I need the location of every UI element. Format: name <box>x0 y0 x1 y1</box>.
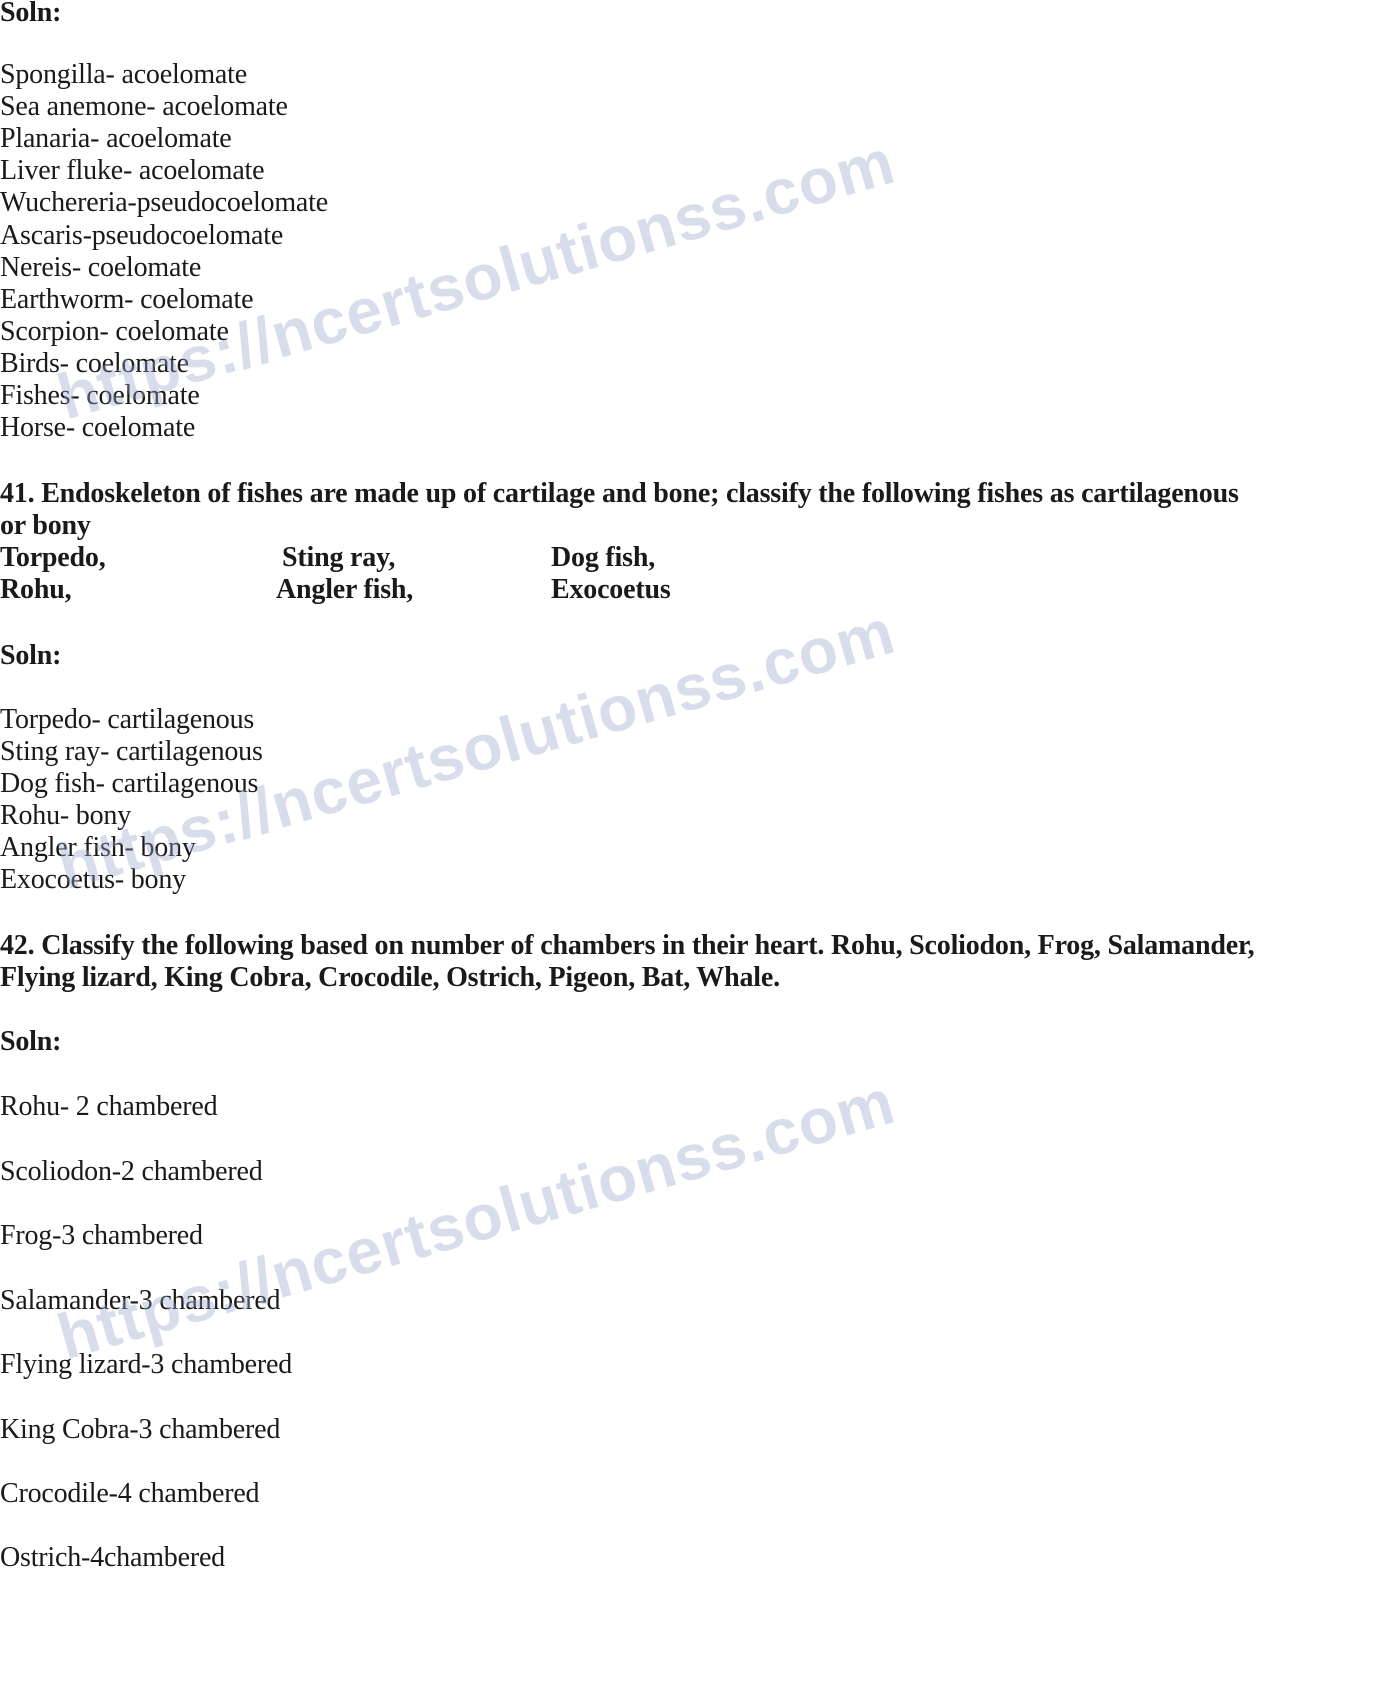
soln-label-41: Soln: <box>0 639 61 673</box>
answer-item: Sting ray- cartilagenous <box>0 735 263 769</box>
answer-item: Horse- coelomate <box>0 411 195 445</box>
answer-item: Dog fish- cartilagenous <box>0 767 258 801</box>
answer-item: Sea anemone- acoelomate <box>0 90 288 124</box>
answer-item: Scoliodon-2 chambered <box>0 1155 263 1189</box>
document-page: Soln: Spongilla- acoelomate Sea anemone-… <box>0 0 1395 1707</box>
option-item: Angler fish, <box>276 573 413 607</box>
answer-item: Crocodile-4 chambered <box>0 1477 259 1511</box>
soln-label-42: Soln: <box>0 1025 61 1059</box>
option-item: Sting ray, <box>282 541 395 575</box>
answer-item: Exocoetus- bony <box>0 863 186 897</box>
answer-item: Rohu- 2 chambered <box>0 1090 217 1124</box>
answer-item: Rohu- bony <box>0 799 131 833</box>
answer-item: Liver fluke- acoelomate <box>0 154 264 188</box>
answer-item: Wuchereria-pseudocoelomate <box>0 186 328 220</box>
soln-label-40: Soln: <box>0 0 61 30</box>
answer-item: Flying lizard-3 chambered <box>0 1348 292 1382</box>
answer-item: Torpedo- cartilagenous <box>0 703 254 737</box>
option-item: Exocoetus <box>551 573 671 607</box>
question-42-line1: 42. Classify the following based on numb… <box>0 929 1254 963</box>
answer-item: King Cobra-3 chambered <box>0 1413 280 1447</box>
answer-item: Earthworm- coelomate <box>0 283 253 317</box>
question-41-line2: or bony <box>0 509 91 543</box>
question-41-line1: 41. Endoskeleton of fishes are made up o… <box>0 477 1239 511</box>
answer-item: Fishes- coelomate <box>0 379 200 413</box>
answer-item: Spongilla- acoelomate <box>0 58 247 92</box>
option-item: Dog fish, <box>551 541 655 575</box>
answer-item: Nereis- coelomate <box>0 251 201 285</box>
question-42-line2: Flying lizard, King Cobra, Crocodile, Os… <box>0 961 780 995</box>
answer-item: Frog-3 chambered <box>0 1219 203 1253</box>
answer-item: Scorpion- coelomate <box>0 315 229 349</box>
answer-item: Angler fish- bony <box>0 831 196 865</box>
option-item: Torpedo, <box>0 541 106 575</box>
answer-item: Salamander-3 chambered <box>0 1284 280 1318</box>
answer-item: Birds- coelomate <box>0 347 189 381</box>
answer-item: Planaria- acoelomate <box>0 122 232 156</box>
answer-item: Ostrich-4chambered <box>0 1541 225 1575</box>
option-item: Rohu, <box>0 573 71 607</box>
answer-item: Ascaris-pseudocoelomate <box>0 219 283 253</box>
